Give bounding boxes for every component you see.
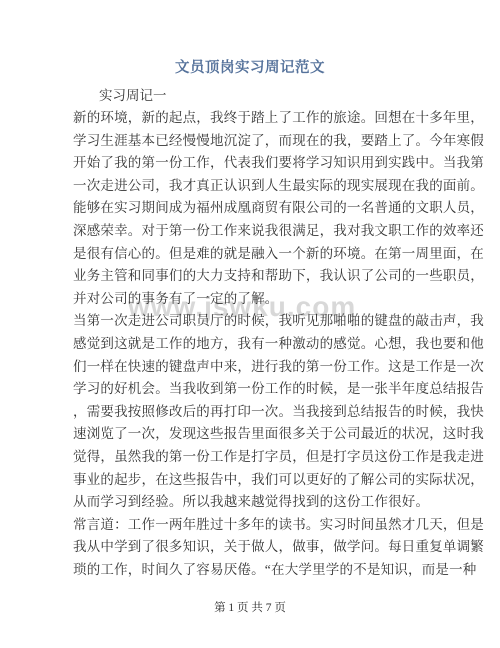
text-line: 能够在实习期间成为福州成凰商贸有限公司的一名普通的文职人员， bbox=[73, 197, 433, 220]
text-line: 琐的工作，时间久了容易厌倦。“在大学里学的不是知识，而是一种 bbox=[73, 559, 433, 582]
text-line: 当第一次走进公司职员厅的时候，我听见那啪啪的键盘的敲击声，我 bbox=[73, 310, 433, 333]
page-footer: 第 1 页 共 7 页 bbox=[0, 599, 500, 615]
text-line: 学习生涯基本已经慢慢地沉淀了，而现在的我，要踏上了。今年寒假 bbox=[73, 130, 433, 153]
paragraphs-container: 新的环境，新的起点，我终于踏上了工作的旅途。回想在十多年里，学习生涯基本已经慢慢… bbox=[73, 107, 433, 581]
text-line: 开始了我的第一份工作，代表我们要将学习知识用到实践中。当我第 bbox=[73, 152, 433, 175]
text-line: 是很有信心的。但是难的就是融入一个新的环境。在第一周里面，在 bbox=[73, 243, 433, 266]
document-body: 实习周记一 新的环境，新的起点，我终于踏上了工作的旅途。回想在十多年里，学习生涯… bbox=[73, 84, 433, 581]
text-line: 感觉到这就是工作的地方，我有一种激动的感觉。心想，我也要和他 bbox=[73, 333, 433, 356]
text-line: ，需要我按照修改后的再打印一次。当我接到总结报告的时候，我快 bbox=[73, 401, 433, 424]
text-line: 并对公司的事务有了一定的了解。 bbox=[73, 288, 433, 311]
text-line: 深感荣幸。对于第一份工作来说我很满足，我对我文职工作的效率还 bbox=[73, 220, 433, 243]
text-line: 速浏览了一次，发现这些报告里面很多关于公司最近的状况，这时我 bbox=[73, 423, 433, 446]
text-line: 觉得，虽然我的第一份工作是打字员，但是打字员这份工作是我走进 bbox=[73, 446, 433, 469]
text-line: 业务主管和同事们的大力支持和帮助下，我认识了公司的一些职员， bbox=[73, 265, 433, 288]
text-line: 们一样在快速的键盘声中来，进行我的第一份工作。这是工作是一次 bbox=[73, 356, 433, 379]
section-heading: 实习周记一 bbox=[73, 84, 433, 107]
text-line: 一次走进公司，我才真正认识到人生最实际的现实展现在我的面前。 bbox=[73, 175, 433, 198]
text-line: 学习的好机会。当我收到第一份工作的时候，是一张半年度总结报告 bbox=[73, 378, 433, 401]
text-line: 新的环境，新的起点，我终于踏上了工作的旅途。回想在十多年里， bbox=[73, 107, 433, 130]
text-line: 事业的起步，在这些报告中，我们可以更好的了解公司的实际状况， bbox=[73, 469, 433, 492]
text-line: 常言道：工作一两年胜过十多年的读书。实习时间虽然才几天，但是 bbox=[73, 514, 433, 537]
text-line: 从而学习到经验。所以我越来越觉得找到的这份工作很好。 bbox=[73, 491, 433, 514]
document-page: 文员顶岗实习周记范文 www.jswku.com 实习周记一 新的环境，新的起点… bbox=[0, 0, 500, 648]
document-title: 文员顶岗实习周记范文 bbox=[0, 56, 500, 77]
text-line: 我从中学到了很多知识，关于做人，做事，做学问。每日重复单调繁 bbox=[73, 536, 433, 559]
